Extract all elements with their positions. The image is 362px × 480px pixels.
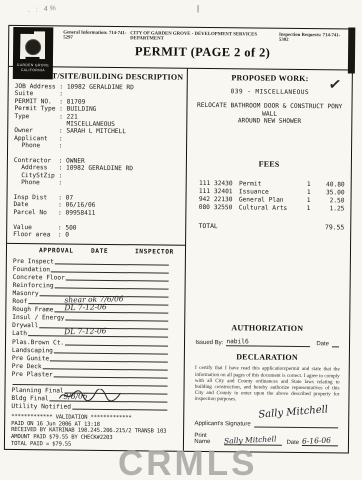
fee-amount: 1.25 <box>310 205 344 213</box>
fee-fund: 111 <box>199 188 214 196</box>
header-center: General Information: 714-741-5297 CITY O… <box>53 26 352 69</box>
proposed-work-title: PROPOSED WORK: <box>192 73 348 84</box>
left-column: PROJECT/SITE/BUILDING DESCRIPTION JOB Ad… <box>5 67 188 451</box>
inspection-row: Utility Notified <box>11 402 183 412</box>
permit-title: PERMIT (PAGE 2 of 2) <box>53 43 352 61</box>
logo-caption: GARDEN GROVE CALIFORNIA <box>13 63 53 72</box>
authorization-title: AUTHORIZATION <box>189 323 345 334</box>
fee-qty: 1 <box>296 205 310 213</box>
scan-ink-blot <box>348 27 355 73</box>
approval-header: APPROVAL DATE INSPECTOR <box>13 247 185 256</box>
fee-description: Cultural Arts <box>239 204 297 213</box>
issued-by-row: Issued By: nabil6 Date <box>195 338 339 348</box>
fee-fund: 111 <box>199 180 214 188</box>
issued-by-label: Issued By: <box>195 340 223 346</box>
permit-form: ✓ GARDEN GROVE CALIFORNIA General Inform… <box>4 25 353 454</box>
project-line: Floor area : 0 <box>13 231 185 240</box>
fee-account: 22130 <box>214 196 239 204</box>
declaration-title: DECLARATION <box>189 352 345 363</box>
fold-mark: | <box>197 4 199 13</box>
signature-label: Applicant's Signature <box>194 421 250 428</box>
scanned-page: . : 4% | ✓ GARDEN GROVE CALIFORNIA Gener… <box>0 0 362 480</box>
fee-account: 32401 <box>214 188 239 196</box>
fees-title: FEES <box>191 159 347 170</box>
handwritten-note: DL 7-12-06 <box>64 302 107 312</box>
fee-table: 111 32430 Permit 1 40.80 111 32401 Issua… <box>191 180 347 214</box>
date-col-label: DATE <box>91 248 135 255</box>
fee-qty: 1 <box>297 189 311 197</box>
fee-qty: 1 <box>296 197 310 205</box>
form-header: GARDEN GROVE CALIFORNIA General Informat… <box>9 26 352 71</box>
inspector-col-label: INSPECTOR <box>135 249 174 256</box>
city-seal-logo: GARDEN GROVE CALIFORNIA <box>13 27 54 79</box>
handwritten-note: DL 7-12-06 <box>64 327 107 337</box>
issue-date-label: Date <box>316 342 329 348</box>
signature-line <box>72 409 168 411</box>
project-details: JOB Address : 10982 GERALDINE RDSuite :P… <box>13 83 187 240</box>
issue-date-line <box>332 347 339 348</box>
signature-date-field: 6-16-06 <box>302 436 338 446</box>
declaration-text: I certify that I have read this applicat… <box>189 364 345 403</box>
pencil-scribble: . : 4% <box>28 5 58 14</box>
department-name: CITY OF GARDEN GROVE - DEVELOPMENT SERVI… <box>130 31 279 43</box>
applicant-signature: Sally Mitchell <box>258 404 328 420</box>
approval-section: APPROVAL DATE INSPECTOR Pre Inspect <box>5 243 185 412</box>
fee-account: 32430 <box>214 180 239 188</box>
fee-fund: 942 <box>199 196 214 204</box>
applicant-signature-line <box>254 427 339 429</box>
signature-date-label: Date <box>286 440 299 446</box>
header-contact-line: General Information: 714-741-5297 CITY O… <box>53 26 352 43</box>
fee-account: 32550 <box>214 204 239 212</box>
fee-row: 080 32550 Cultural Arts 1 1.25 <box>199 204 345 214</box>
spacer <box>190 230 347 323</box>
work-description: RELOCATE BATHROOM DOOR & CONSTRUCT PONY … <box>192 102 348 126</box>
form-body: PROJECT/SITE/BUILDING DESCRIPTION JOB Ad… <box>5 67 352 453</box>
inspection-list: Pre Inspect Foundation <box>11 256 185 412</box>
work-code: 039 - MISCELLANEOUS <box>192 88 348 97</box>
approval-col-label: APPROVAL <box>13 247 91 255</box>
signature-date-handwriting: 6-16-06 <box>302 436 331 446</box>
issued-by-value: nabil6 <box>226 339 310 348</box>
signature-scribble <box>57 389 121 404</box>
city-seal-icon <box>25 39 41 55</box>
applicant-signature-row: Applicant's Signature Sally Mitchell <box>194 412 338 429</box>
general-info-phone: General Information: 714-741-5297 <box>63 30 130 41</box>
fee-qty: 1 <box>297 181 311 189</box>
right-column: PROPOSED WORK: 039 - MISCELLANEOUS RELOC… <box>184 69 352 453</box>
fee-fund: 080 <box>199 204 214 212</box>
inspection-phone: Inspection Requests: 714-741-5302 <box>279 33 344 44</box>
crmls-watermark: CRMLS <box>118 444 257 480</box>
